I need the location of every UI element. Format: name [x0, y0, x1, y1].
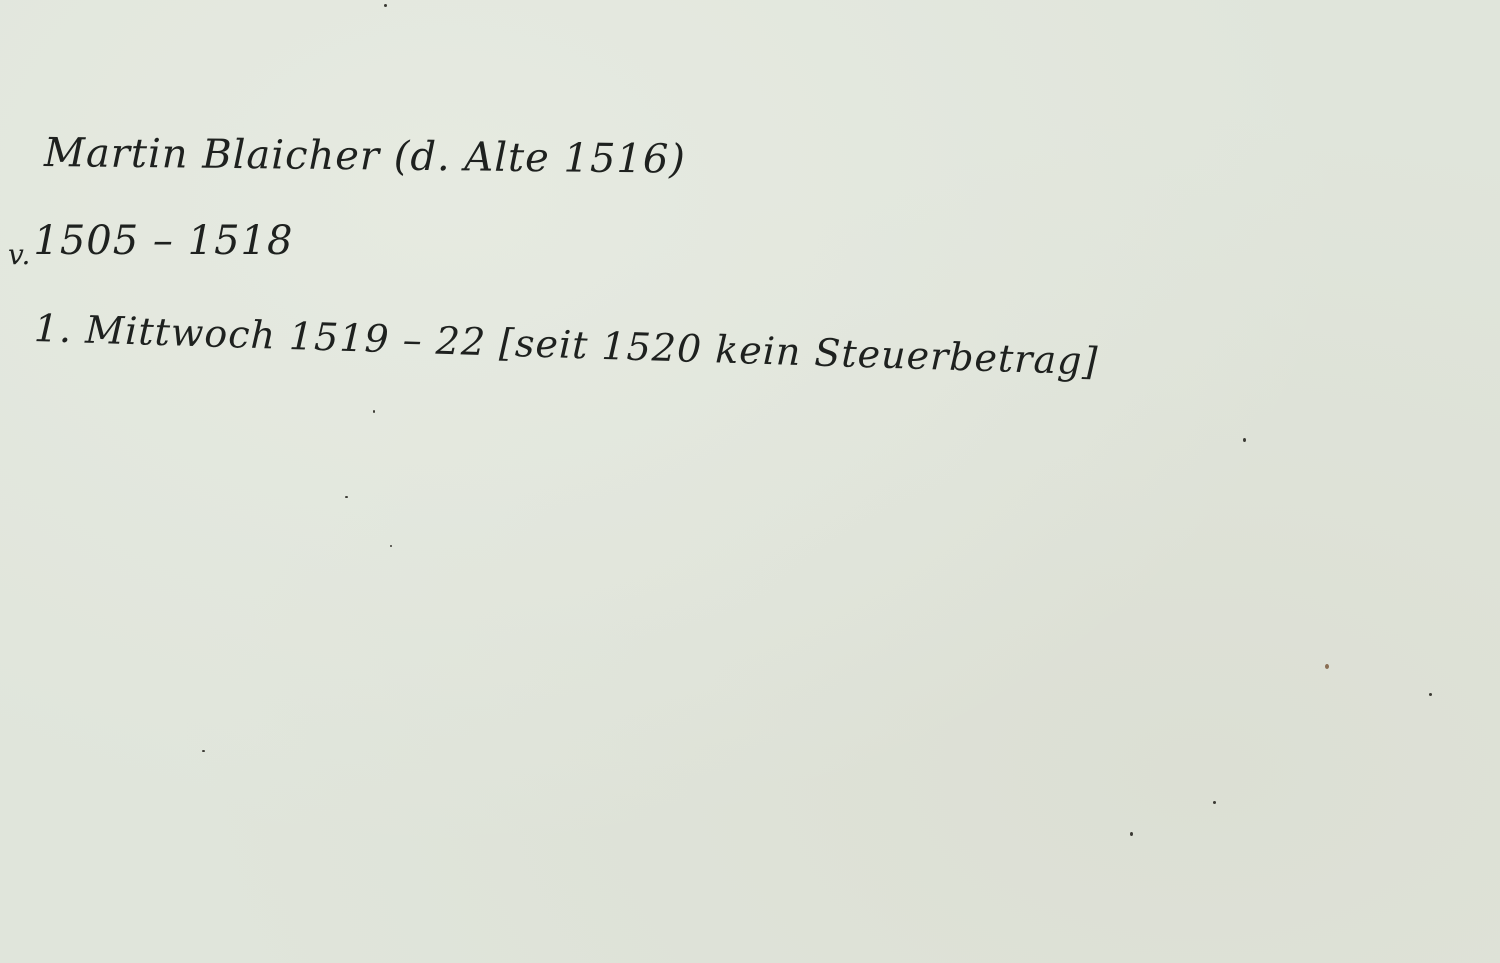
name-line: Martin Blaicher (d. Alte 1516) [44, 130, 686, 183]
paper-speck [1325, 664, 1329, 669]
paper-speck [202, 750, 205, 752]
date-prefix: v. [8, 238, 31, 271]
date-range: 1505 – 1518 [33, 218, 293, 264]
note-line: 1. Mittwoch 1519 – 22 [seit 1520 kein St… [33, 306, 1099, 383]
paper-speck [345, 496, 348, 498]
paper-speck [384, 4, 387, 7]
paper-speck [1243, 438, 1246, 442]
paper-speck [1429, 693, 1432, 696]
paper-speck [1130, 832, 1133, 836]
paper-speck [373, 410, 375, 413]
paper-speck [390, 545, 392, 547]
paper-speck [1213, 801, 1216, 804]
date-range-line: v.1505 – 1518 [8, 218, 293, 264]
index-card: Martin Blaicher (d. Alte 1516) v.1505 – … [0, 0, 1500, 963]
